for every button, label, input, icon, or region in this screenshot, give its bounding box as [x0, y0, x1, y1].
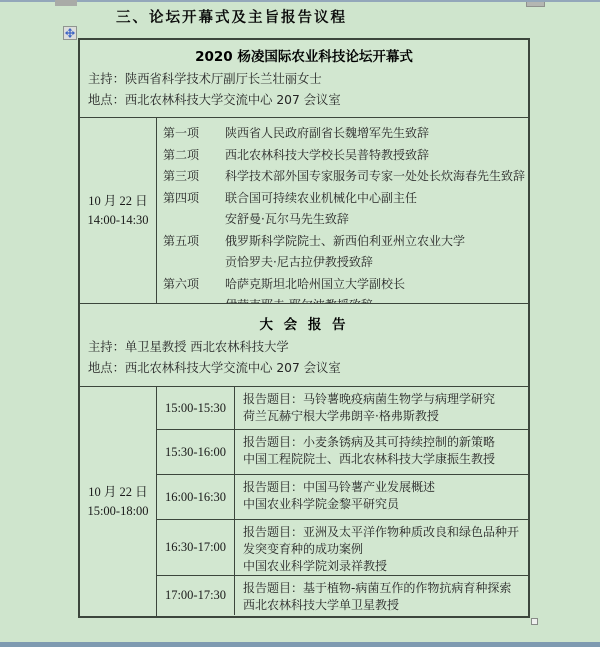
opening-host: 主持：陕西省科学技术厅副厅长兰壮丽女士 [88, 69, 520, 90]
report-time: 17:00-17:30 [157, 576, 235, 615]
opening-items-section: 10 月 22 日 14:00-14:30 第一项 陕西省人民政府副省长魏增军先… [80, 118, 528, 304]
report-topic: 报告题目：马铃薯晚疫病菌生物学与病理学研究 [243, 391, 524, 408]
opening-title: 2020 杨凌国际农业科技论坛开幕式 [88, 47, 520, 67]
agenda-item: 第五项 俄罗斯科学院院士、新西伯利亚州立农业大学 贡恰罗夫·尼古拉伊教授致辞 [163, 231, 528, 274]
item-text: 哈萨克斯坦北哈州国立大学副校长 [225, 274, 528, 296]
report-speaker: 中国农业科学院刘录祥教授 [243, 558, 524, 575]
item-text: 科学技术部外国专家服务司专家一处处长炊海春先生致辞 [225, 166, 528, 188]
item-label: 第三项 [163, 166, 225, 188]
agenda-item: 第二项 西北农林科技大学校长吴普特教授致辞 [163, 145, 528, 167]
item-text: 西北农林科技大学校长吴普特教授致辞 [225, 145, 528, 167]
item-label: 第五项 [163, 231, 225, 274]
report-topic: 报告题目：小麦条锈病及其可持续控制的新策略 [243, 434, 524, 451]
report-content: 报告题目：中国马铃薯产业发展概述 中国农业科学院金黎平研究员 [235, 475, 528, 519]
ruler-margin-marker-right [526, 2, 545, 7]
opening-venue: 地点：西北农林科技大学交流中心 207 会议室 [88, 90, 520, 111]
agenda-table: 2020 杨凌国际农业科技论坛开幕式 主持：陕西省科学技术厅副厅长兰壮丽女士 地… [78, 38, 530, 618]
reports-time-range: 15:00-18:00 [87, 502, 148, 521]
reports-date-cell: 10 月 22 日 15:00-18:00 [80, 387, 157, 616]
agenda-item: 第一项 陕西省人民政府副省长魏增军先生致辞 [163, 123, 528, 145]
item-text: 伊萨克耶夫·耶尔波教授致辞 [225, 295, 528, 303]
report-topic: 报告题目：中国马铃薯产业发展概述 [243, 479, 524, 496]
report-topic: 报告题目：基于植物-病菌互作的作物抗病育种探索 [243, 580, 524, 597]
report-content: 报告题目：小麦条锈病及其可持续控制的新策略 中国工程院院士、西北农林科技大学康振… [235, 430, 528, 474]
reports-section: 10 月 22 日 15:00-18:00 15:00-15:30 报告题目：马… [80, 387, 528, 616]
report-content: 报告题目：马铃薯晚疫病菌生物学与病理学研究 荷兰瓦赫宁根大学弗朗辛·格弗斯教授 [235, 387, 528, 429]
ruler-margin-marker-left [55, 0, 77, 6]
agenda-item: 第六项 哈萨克斯坦北哈州国立大学副校长 伊萨克耶夫·耶尔波教授致辞 [163, 274, 528, 304]
item-text: 俄罗斯科学院院士、新西伯利亚州立农业大学 [225, 231, 528, 253]
reports-title: 大 会 报 告 [88, 315, 520, 335]
reports-header-section: 大 会 报 告 主持：单卫星教授 西北农林科技大学 地点：西北农林科技大学交流中… [80, 304, 528, 387]
report-topic: 报告题目：亚洲及太平洋作物种质改良和绿色品种开发突变育种的成功案例 [243, 524, 524, 558]
report-time: 16:30-17:00 [157, 520, 235, 575]
report-time: 15:00-15:30 [157, 387, 235, 429]
item-text: 联合国可持续农业机械化中心副主任 [225, 188, 528, 210]
opening-date: 10 月 22 日 [88, 192, 147, 211]
report-speaker: 西北农林科技大学单卫星教授 [243, 597, 524, 614]
report-row: 17:00-17:30 报告题目：基于植物-病菌互作的作物抗病育种探索 西北农林… [157, 576, 528, 615]
report-time: 16:00-16:30 [157, 475, 235, 519]
report-row: 16:00-16:30 报告题目：中国马铃薯产业发展概述 中国农业科学院金黎平研… [157, 475, 528, 520]
report-speaker: 中国农业科学院金黎平研究员 [243, 496, 524, 513]
report-time: 15:30-16:00 [157, 430, 235, 474]
move-arrows-icon [65, 28, 75, 38]
reports-host: 主持：单卫星教授 西北农林科技大学 [88, 337, 520, 358]
opening-date-cell: 10 月 22 日 14:00-14:30 [80, 118, 157, 303]
report-content: 报告题目：基于植物-病菌互作的作物抗病育种探索 西北农林科技大学单卫星教授 [235, 576, 528, 615]
opening-items-cell: 第一项 陕西省人民政府副省长魏增军先生致辞 第二项 西北农林科技大学校长吴普特教… [157, 118, 528, 303]
report-row: 15:00-15:30 报告题目：马铃薯晚疫病菌生物学与病理学研究 荷兰瓦赫宁根… [157, 387, 528, 430]
report-speaker: 荷兰瓦赫宁根大学弗朗辛·格弗斯教授 [243, 408, 524, 425]
item-label: 第二项 [163, 145, 225, 167]
reports-date: 10 月 22 日 [88, 483, 147, 502]
table-move-handle[interactable] [63, 26, 77, 40]
report-row: 15:30-16:00 报告题目：小麦条锈病及其可持续控制的新策略 中国工程院院… [157, 430, 528, 475]
window-bottom-edge [0, 642, 600, 647]
reports-venue: 地点：西北农林科技大学交流中心 207 会议室 [88, 358, 520, 379]
agenda-item: 第三项 科学技术部外国专家服务司专家一处处长炊海春先生致辞 [163, 166, 528, 188]
report-content: 报告题目：亚洲及太平洋作物种质改良和绿色品种开发突变育种的成功案例 中国农业科学… [235, 520, 528, 575]
report-rows: 15:00-15:30 报告题目：马铃薯晚疫病菌生物学与病理学研究 荷兰瓦赫宁根… [157, 387, 528, 616]
window-top-edge [0, 0, 600, 2]
agenda-item: 第四项 联合国可持续农业机械化中心副主任 安舒曼·瓦尔马先生致辞 [163, 188, 528, 231]
report-row: 16:30-17:00 报告题目：亚洲及太平洋作物种质改良和绿色品种开发突变育种… [157, 520, 528, 576]
opening-time-range: 14:00-14:30 [87, 211, 148, 230]
table-resize-handle[interactable] [531, 618, 538, 625]
item-text: 贡恰罗夫·尼古拉伊教授致辞 [225, 252, 528, 274]
report-speaker: 中国工程院院士、西北农林科技大学康振生教授 [243, 451, 524, 468]
opening-header-section: 2020 杨凌国际农业科技论坛开幕式 主持：陕西省科学技术厅副厅长兰壮丽女士 地… [80, 40, 528, 118]
item-label: 第四项 [163, 188, 225, 231]
item-label: 第六项 [163, 274, 225, 304]
item-text: 陕西省人民政府副省长魏增军先生致辞 [225, 123, 528, 145]
item-text: 安舒曼·瓦尔马先生致辞 [225, 209, 528, 231]
section-heading: 三、论坛开幕式及主旨报告议程 [116, 6, 347, 27]
item-label: 第一项 [163, 123, 225, 145]
